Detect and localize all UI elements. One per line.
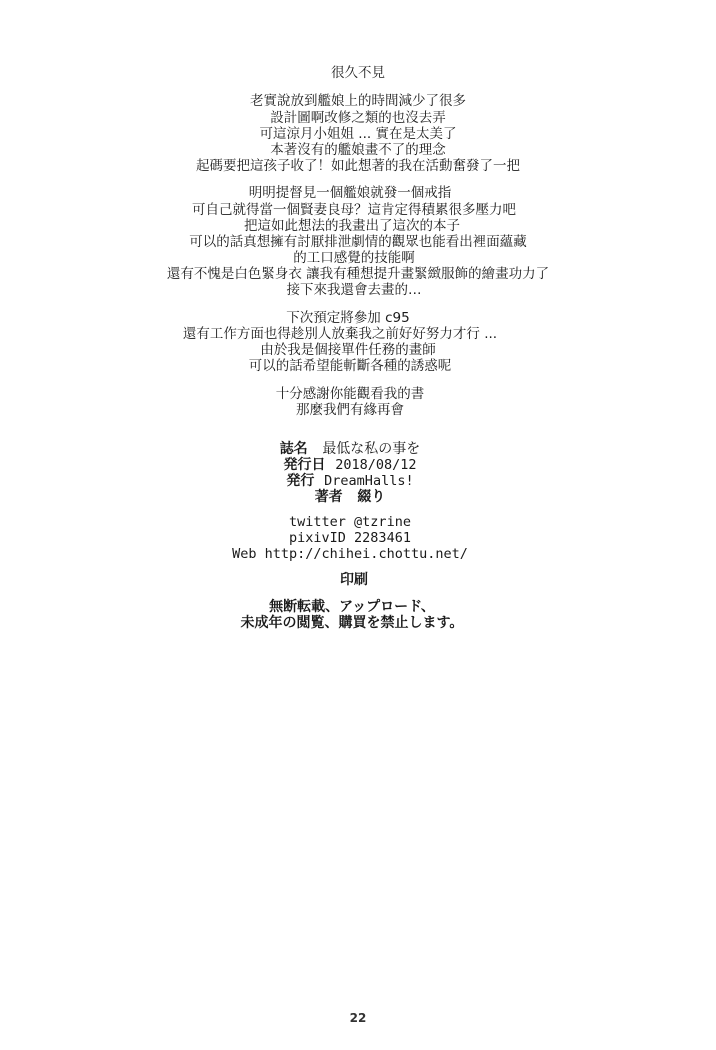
colophon-publisher-row: 発行 DreamHalls! <box>0 474 708 489</box>
message-line: 可自己就得當一個賢妻良母？這肯定得積累很多壓力吧 <box>0 204 712 218</box>
message-line: 可以的話真想擁有討厭排泄劇情的觀眾也能看出裡面蘊藏 <box>0 236 716 250</box>
colophon-value: 最低な私の事を <box>322 441 420 457</box>
colophon-author-row: 著者 綴り <box>0 490 708 504</box>
colophon-title-row: 誌名 最低な私の事を <box>0 442 708 456</box>
colophon-label: 発行 <box>286 473 314 489</box>
notice-line: 無断転載、アップロード、 <box>0 600 710 614</box>
message-line: 十分感謝你能觀看我的書 <box>0 388 708 402</box>
message-line: 老實說放到艦娘上的時間減少了很多 <box>0 95 716 109</box>
message-line: 可這涼月小姐姐 ... 實在是太美了 <box>0 128 716 142</box>
colophon-value: 綴り <box>357 489 385 505</box>
message-line: 還有工作方面也得趁別人放棄我之前好好努力才行 ... <box>0 328 698 342</box>
message-line: 下次預定將參加 c95 <box>0 312 706 326</box>
message-line: 把這如此想法的我畫出了這次的本子 <box>0 220 710 234</box>
greeting-title: 很久不見 <box>0 67 716 81</box>
colophon-value: DreamHalls! <box>324 473 413 489</box>
colophon-label: 発行日 <box>283 457 325 473</box>
message-line: 接下來我還會去畫的… <box>0 284 712 298</box>
message-line: 起碼要把這孩子收了！如此想著的我在活動奮發了一把 <box>0 160 716 174</box>
pixiv-id: pixivID 2283461 <box>0 532 708 546</box>
message-line: 還有不愧是白色緊身衣 讓我有種想提升畫緊緻服飾的繪畫功力了 <box>0 268 716 282</box>
colophon-date-row: 発行日 2018/08/12 <box>0 458 708 473</box>
message-line: 那麼我們有緣再會 <box>0 404 708 418</box>
twitter-handle: twitter @tzrine <box>0 516 708 530</box>
colophon-label: 誌名 <box>280 441 308 457</box>
message-line: 設計圖啊改修之類的也沒去弄 <box>0 112 716 126</box>
notice-line: 未成年の閲覧、購買を禁止します。 <box>0 616 710 630</box>
message-line: 由於我是個接單件任務的畫師 <box>0 344 706 358</box>
message-line: 明明提督見一個艦娘就發一個戒指 <box>0 187 708 201</box>
website-url: Web http://chihei.chottu.net/ <box>0 548 708 562</box>
message-line: 可以的話希望能斬斷各種的誘惑呢 <box>0 360 708 374</box>
colophon-label: 著者 <box>315 489 343 505</box>
message-line: 的工口感覺的技能啊 <box>0 252 712 266</box>
message-line: 本著沒有的艦娘畫不了的理念 <box>0 144 716 158</box>
colophon-value: 2018/08/12 <box>335 457 416 473</box>
page-number: 22 <box>0 1012 716 1024</box>
printing-label: 印刷 <box>0 573 712 587</box>
